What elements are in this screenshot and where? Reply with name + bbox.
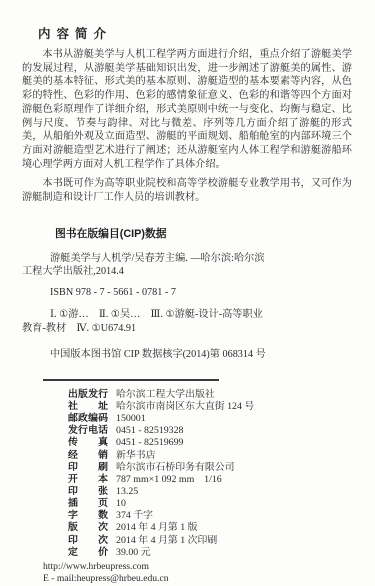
colophon-row-value: 哈尔滨工程大学出版社 [116, 389, 215, 400]
colophon-row-value: 39.00 元 [116, 547, 151, 558]
colophon-row-label: 社址 [68, 401, 108, 413]
colophon-row-value: 新华书店 [116, 450, 156, 461]
colophon-row: 出版发行哈尔滨工程大学出版社 [68, 389, 352, 401]
colophon-row-label: 定价 [68, 547, 108, 559]
colophon-row: 社址哈尔滨市南岗区东大直街 124 号 [68, 401, 352, 413]
colophon-row: 印次2014 年 4 月第 1 次印刷 [68, 535, 352, 547]
colophon-row-label: 发行电话 [68, 425, 108, 437]
colophon-row-label: 邮政编码 [68, 413, 108, 425]
colophon-row-value: 150001 [116, 413, 146, 424]
colophon-row-value: 2014 年 4 月第 1 次印刷 [116, 535, 217, 546]
colophon-row-value: 787 mm×1 092 mm 1/16 [116, 474, 222, 485]
cip-class-line-1: Ⅰ. ①游… Ⅱ. ①吴… Ⅲ. ①游艇-设计-高等职业 [22, 308, 352, 322]
colophon-table: 出版发行哈尔滨工程大学出版社 社址哈尔滨市南岗区东大直街 124 号 邮政编码1… [68, 389, 352, 559]
isbn-line: ISBN 978 - 7 - 5661 - 0781 - 7 [22, 287, 352, 298]
colophon-row-label: 插页 [68, 498, 108, 510]
colophon-row: 插页10 [68, 498, 352, 510]
copyright-page: 内容简介 本书从游艇美学与人机工程学两方面进行介绍，重点介绍了游艇美学的发展过程… [0, 0, 375, 586]
colophon-row: 字数374 千字 [68, 510, 352, 522]
cip-section: 图书在版编目(CIP)数据 游艇美学与人机学/吴春芳主编. —哈尔滨:哈尔滨 工… [22, 226, 352, 360]
colophon-row-value: 0451 - 82519699 [116, 437, 183, 448]
colophon-row-value: 哈尔滨市石桥印务有限公司 [116, 462, 235, 473]
cip-class-line-2: 教育-教材 Ⅳ. ①U674.91 [22, 322, 352, 336]
colophon-row: 印刷哈尔滨市石桥印务有限公司 [68, 462, 352, 474]
colophon-row-value: 13.25 [116, 486, 138, 497]
summary-paragraph-1: 本书从游艇美学与人机工程学两方面进行介绍，重点介绍了游艇美学的发展过程，从游艇美… [22, 48, 352, 171]
colophon-row: 开本787 mm×1 092 mm 1/16 [68, 474, 352, 486]
colophon-row-value: 0451 - 82519328 [116, 425, 183, 436]
cip-record-line-1: 游艇美学与人机学/吴春芳主编. —哈尔滨:哈尔滨 [22, 252, 352, 265]
colophon-row: 经销新华书店 [68, 450, 352, 462]
colophon-section: 出版发行哈尔滨工程大学出版社 社址哈尔滨市南岗区东大直街 124 号 邮政编码1… [22, 379, 352, 586]
colophon-row-label: 开本 [68, 474, 108, 486]
colophon-row-label: 出版发行 [68, 389, 108, 401]
content-summary-section: 内容简介 本书从游艇美学与人机工程学两方面进行介绍，重点介绍了游艇美学的发展过程… [22, 24, 352, 205]
cip-title: 图书在版编目(CIP)数据 [55, 226, 352, 241]
colophon-row-label: 经销 [68, 450, 108, 462]
colophon-row-value: 374 千字 [116, 510, 153, 521]
colophon-row-label: 印次 [68, 535, 108, 547]
colophon-row: 发行电话0451 - 82519328 [68, 425, 352, 437]
cip-record-line-2: 工程大学出版社,2014.4 [22, 265, 352, 278]
colophon-row-value: 2014 年 4 月第 1 版 [116, 522, 197, 533]
colophon-row-value: 哈尔滨市南岗区东大直街 124 号 [116, 401, 254, 412]
colophon-row: 印张13.25 [68, 486, 352, 498]
colophon-row-value: 10 [116, 498, 126, 509]
website-line: http://www.hrbeupress.com [43, 561, 352, 573]
cip-registry-number: 中国版本图书馆 CIP 数据核字(2014)第 068314 号 [22, 345, 352, 360]
cip-record: 游艇美学与人机学/吴春芳主编. —哈尔滨:哈尔滨 工程大学出版社,2014.4 [22, 252, 352, 278]
cip-classification: Ⅰ. ①游… Ⅱ. ①吴… Ⅲ. ①游艇-设计-高等职业 教育-教材 Ⅳ. ①U… [22, 308, 352, 336]
content-summary-title: 内容简介 [38, 24, 352, 42]
colophon-top-rule [43, 379, 219, 381]
colophon-row-label: 印张 [68, 486, 108, 498]
summary-paragraph-2: 本书既可作为高等职业院校和高等学校游艇专业教学用书，又可作为游艇制造和设计厂工作… [22, 177, 352, 204]
email-line: E - mail:heupress@hrbeu.edu.cn [43, 573, 352, 585]
colophon-row-label: 字数 [68, 510, 108, 522]
colophon-row-label: 印刷 [68, 462, 108, 474]
colophon-row-label: 版次 [68, 522, 108, 534]
colophon-row-label: 传真 [68, 437, 108, 449]
colophon-row: 版次2014 年 4 月第 1 版 [68, 522, 352, 534]
colophon-row: 邮政编码150001 [68, 413, 352, 425]
colophon-row: 定价39.00 元 [68, 547, 352, 559]
colophon-row: 传真0451 - 82519699 [68, 437, 352, 449]
